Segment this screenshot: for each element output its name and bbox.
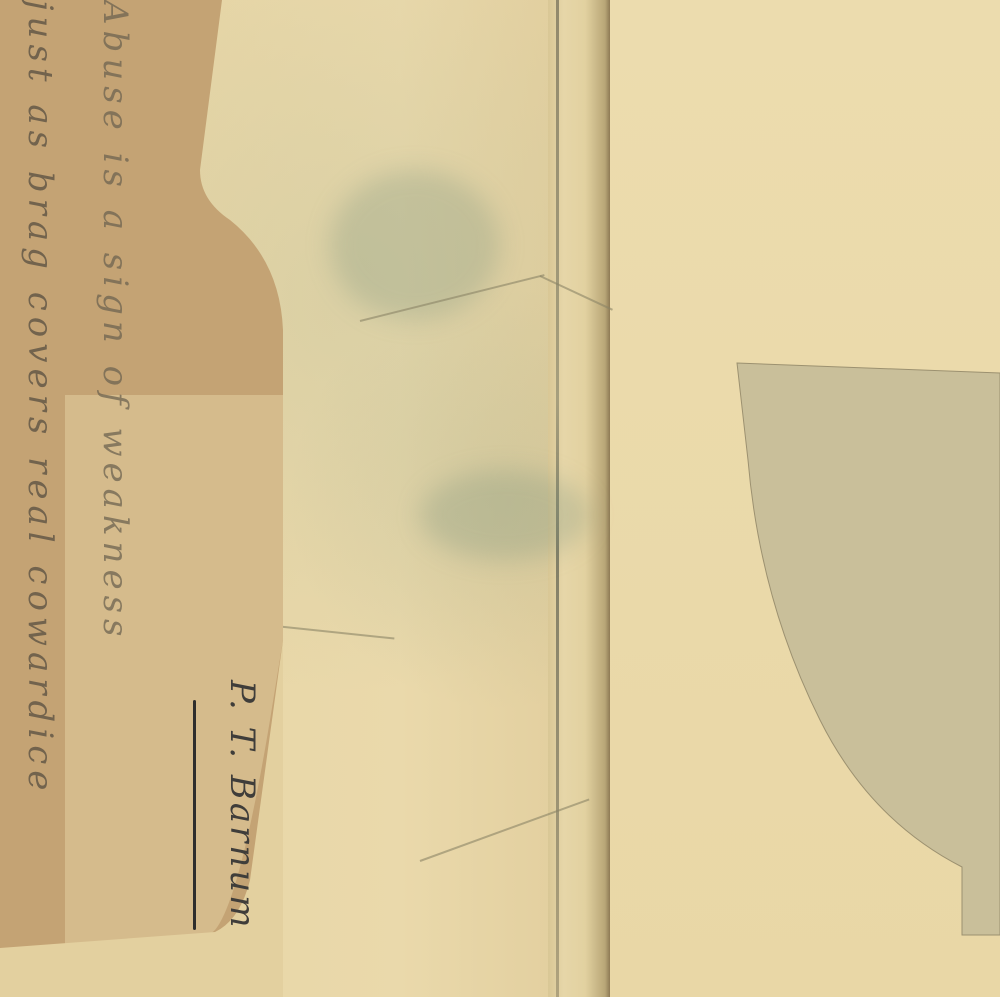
signature-underline <box>193 700 196 930</box>
collage-shapes <box>0 0 1000 997</box>
signature: P. T. Barnum <box>222 680 262 930</box>
handwriting-line-1: Abuse is a sign of weakness <box>95 0 135 642</box>
handwriting-line-2: just as brag covers real cowardice <box>20 0 60 796</box>
grey-cup-card <box>737 363 1000 935</box>
